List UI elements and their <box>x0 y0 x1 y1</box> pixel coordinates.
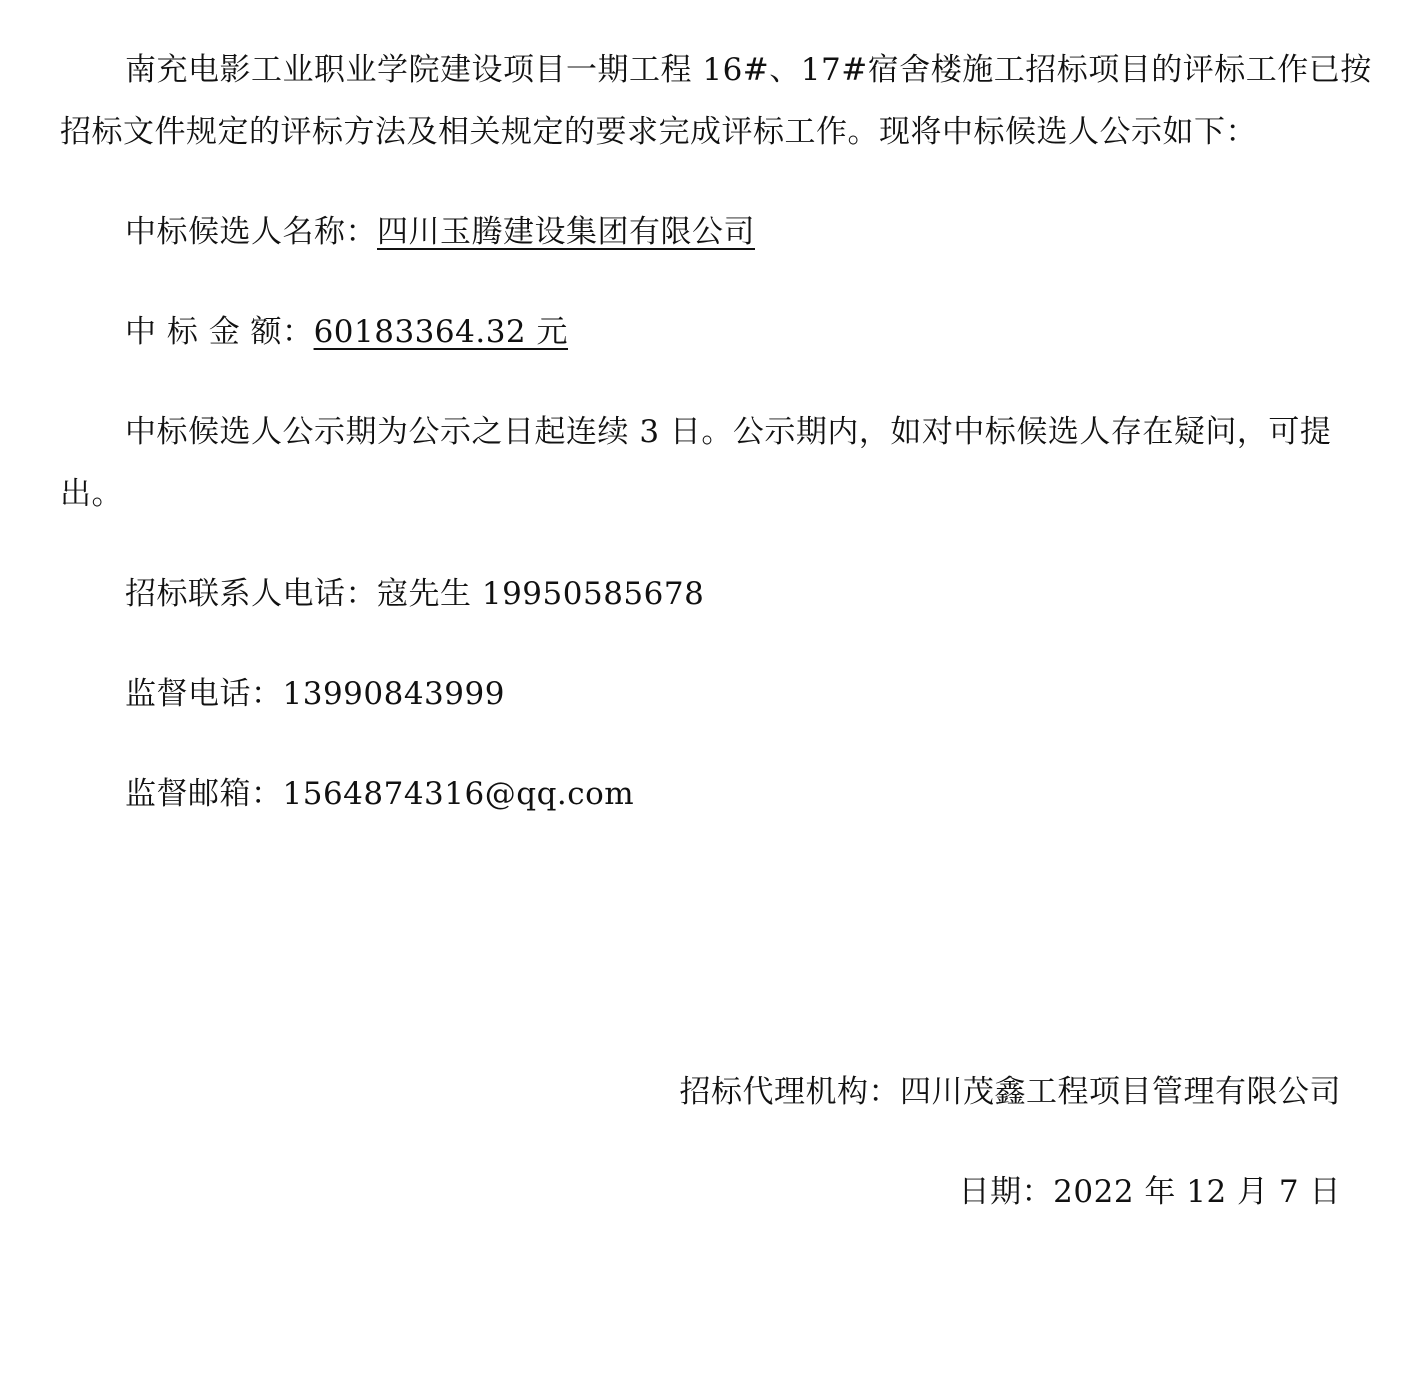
agency-row: 招标代理机构：四川茂鑫工程项目管理有限公司 <box>680 1072 1342 1112</box>
notice-paragraph-line-1: 中标候选人公示期为公示之日起连续 3 日。公示期内，如对中标候选人存在疑问，可提 <box>125 412 1331 452</box>
contact-phone-row: 招标联系人电话：寇先生 19950585678 <box>125 574 704 614</box>
contact-phone-value: 寇先生 19950585678 <box>377 576 704 612</box>
supervision-email-label: 监督邮箱： <box>125 776 283 812</box>
contact-phone-label: 招标联系人电话： <box>125 576 377 612</box>
supervision-phone-label: 监督电话： <box>125 676 283 712</box>
supervision-phone-value: 13990843999 <box>283 676 505 712</box>
candidate-name-label: 中标候选人名称： <box>125 214 377 250</box>
supervision-email-row: 监督邮箱：1564874316@qq.com <box>125 774 634 814</box>
date-label: 日期： <box>959 1174 1054 1210</box>
notice-paragraph-line-2: 出。 <box>60 474 123 514</box>
intro-paragraph-line-1: 南充电影工业职业学院建设项目一期工程 16#、17#宿舍楼施工招标项目的评标工作… <box>125 50 1372 90</box>
bid-amount-row: 中 标 金 额：60183364.32 元 <box>125 312 568 352</box>
bid-amount-label: 中 标 金 额： <box>125 314 314 350</box>
intro-paragraph-line-2: 招标文件规定的评标方法及相关规定的要求完成评标工作。现将中标候选人公示如下： <box>60 112 1257 152</box>
agency-label: 招标代理机构： <box>680 1074 901 1110</box>
agency-value: 四川茂鑫工程项目管理有限公司 <box>900 1074 1341 1110</box>
candidate-name-value: 四川玉腾建设集团有限公司 <box>377 214 755 250</box>
date-row: 日期：2022 年 12 月 7 日 <box>959 1172 1341 1212</box>
bid-amount-value: 60183364.32 元 <box>314 314 568 350</box>
candidate-name-row: 中标候选人名称：四川玉腾建设集团有限公司 <box>125 212 755 252</box>
supervision-phone-row: 监督电话：13990843999 <box>125 674 505 714</box>
date-value: 2022 年 12 月 7 日 <box>1053 1174 1341 1210</box>
supervision-email-value[interactable]: 1564874316@qq.com <box>283 776 635 812</box>
